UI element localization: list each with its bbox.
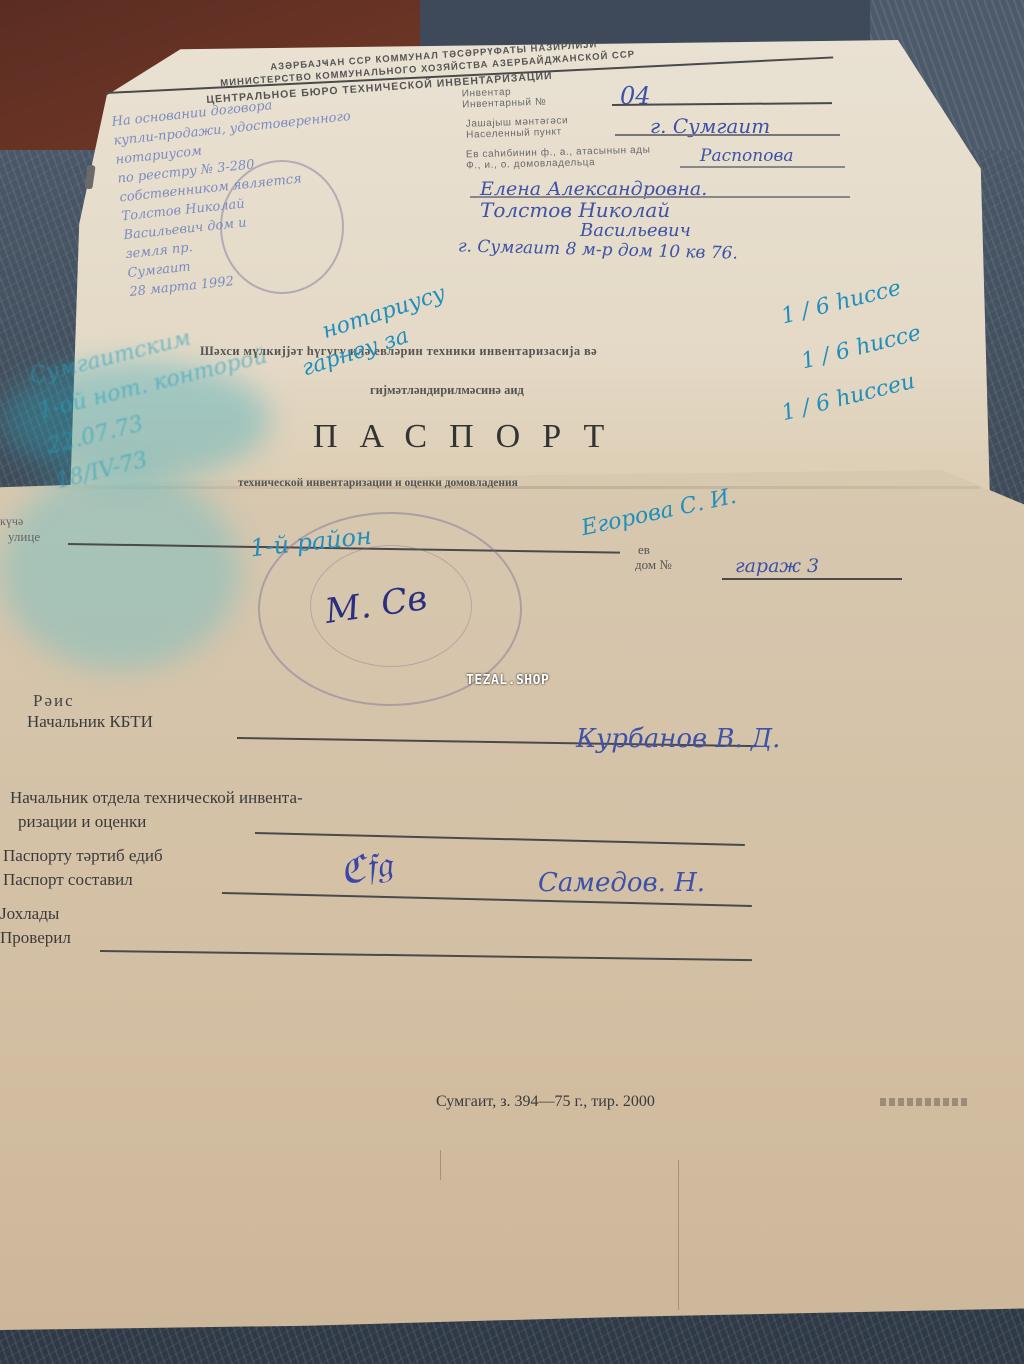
house-label-az: ев xyxy=(638,543,650,557)
owner-surname: Распопова xyxy=(700,146,794,166)
handwritten-note-block: На основании договора купли-продажи, удо… xyxy=(111,88,368,302)
compiled-label-ru: Паспорт составил xyxy=(3,871,133,889)
checked-label-ru: Проверил xyxy=(0,929,71,947)
paper-crease xyxy=(678,1160,679,1310)
subtitle-ru: технической инвентаризации и оценки домо… xyxy=(238,477,518,489)
ink-stain xyxy=(0,470,240,670)
compiled-name: Самедов. Н. xyxy=(538,868,705,898)
field-rule xyxy=(680,166,845,168)
house-label-ru: дом № xyxy=(635,558,672,572)
compiled-signature: ℭ𝔣𝔤 xyxy=(337,844,396,894)
street-label-az: күчә xyxy=(0,515,23,528)
settlement-label: Јашајыш мәнтәгәси Населенный пункт xyxy=(466,116,569,141)
owner-patronymic: Васильевич xyxy=(580,220,691,241)
dept-head-label-1: Начальник отдела технической инвента- xyxy=(10,789,303,807)
faded-print-mark xyxy=(880,1098,970,1106)
dept-head-label-2: ризации и оценки xyxy=(18,813,146,831)
house-value: гараж 3 xyxy=(735,555,819,577)
print-imprint: Сумгаит, з. 394—75 г., тир. 2000 xyxy=(436,1094,655,1111)
street-label-ru: улице xyxy=(8,530,40,544)
owner-second: Толстов Николай xyxy=(480,198,670,222)
field-rule xyxy=(615,134,840,136)
chief-label-ru: Начальник КБТИ xyxy=(27,713,153,731)
inventory-label: Инвентар Инвентарный № xyxy=(462,87,547,111)
document-title: ПАСПОРТ xyxy=(313,418,626,456)
paper-crease xyxy=(440,1150,441,1180)
subtitle-az-2: гијмәтләндирилмәсинә аид xyxy=(370,384,524,397)
inventory-number: 04 xyxy=(620,82,651,110)
compiled-label-az: Паспорту тәртиб едиб xyxy=(3,847,163,865)
checked-label-az: Јохлады xyxy=(0,905,59,923)
watermark: TEZAL.SHOP xyxy=(466,673,549,688)
chief-name: Курбанов В. Д. xyxy=(576,724,780,754)
house-rule xyxy=(722,578,902,580)
chief-label-az: Рәис xyxy=(33,692,75,710)
